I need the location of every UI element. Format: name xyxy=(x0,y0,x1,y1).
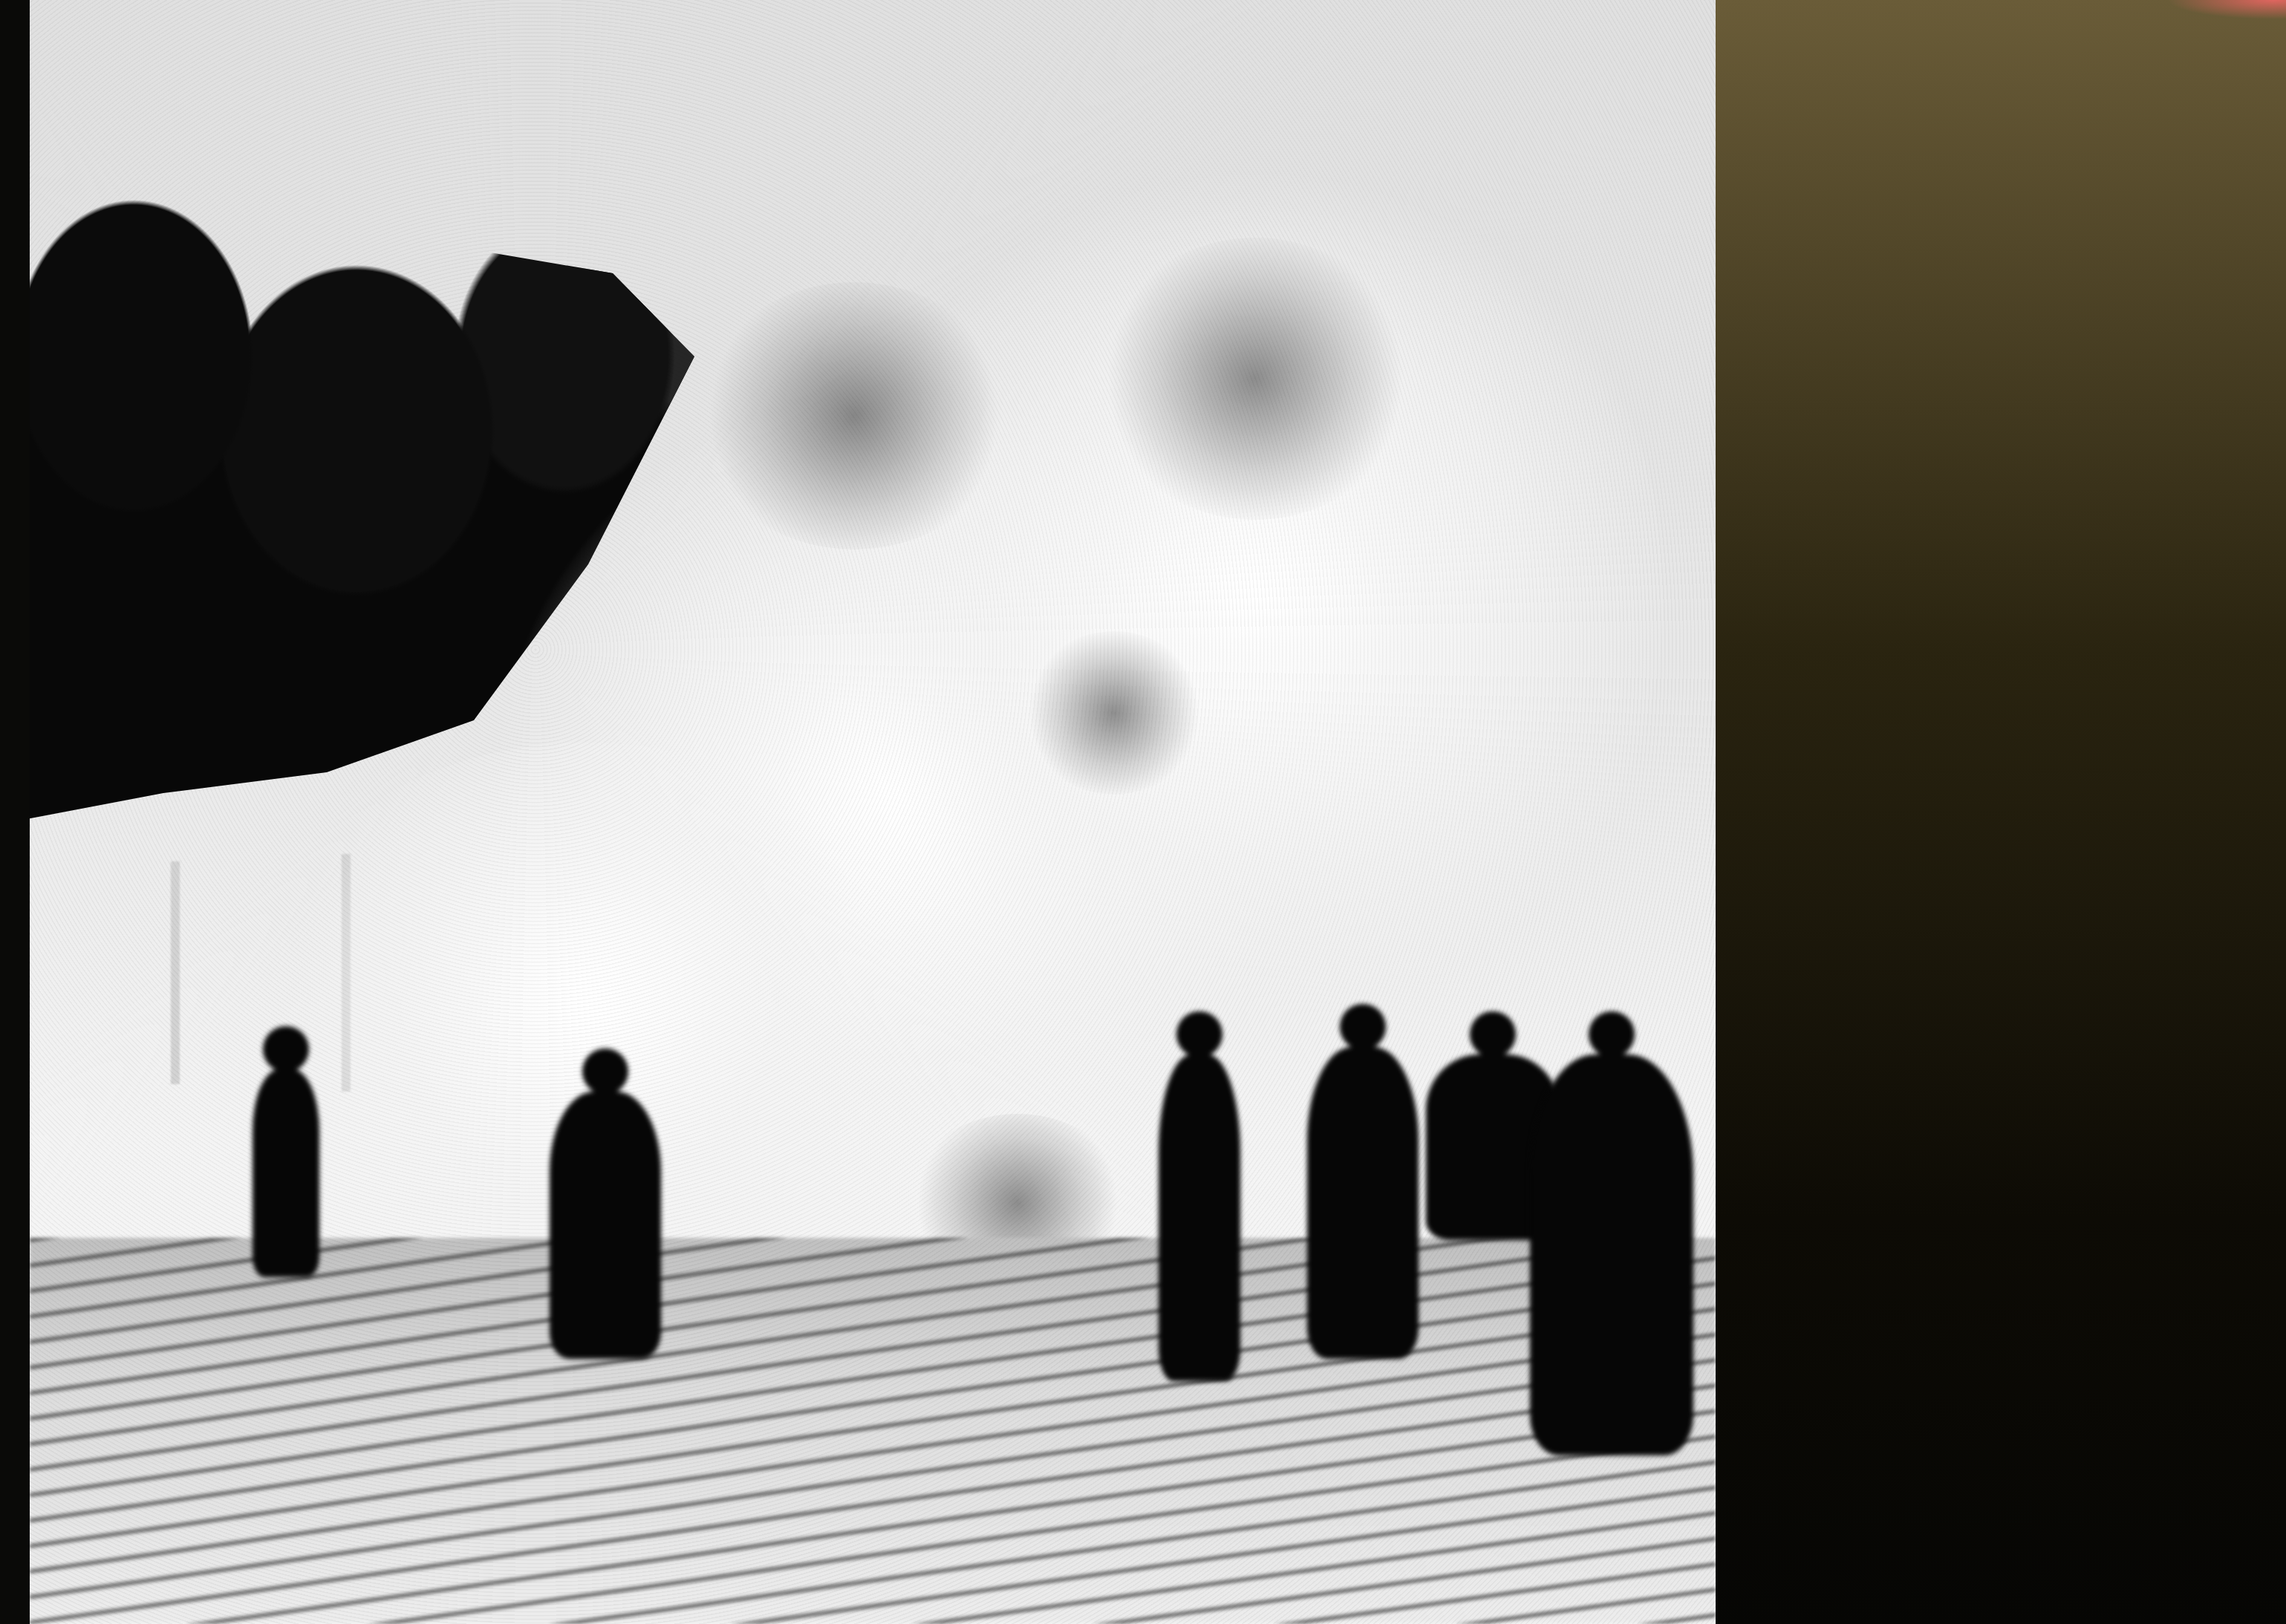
post xyxy=(171,861,180,1084)
figure xyxy=(1530,1054,1693,1455)
figure xyxy=(1159,1054,1240,1381)
smoke-shadow xyxy=(1025,631,1203,795)
screen-margin xyxy=(1708,0,2286,1624)
figure xyxy=(1307,1047,1419,1359)
screen-glare xyxy=(2167,0,2286,19)
figure xyxy=(253,1069,319,1277)
ground xyxy=(30,1238,1716,1624)
scene: Historic black-and-white archival photog… xyxy=(0,0,2286,1624)
smoke-shadow xyxy=(698,282,1010,550)
figure xyxy=(550,1092,661,1359)
smoke-shadow xyxy=(1099,238,1411,520)
archival-photo xyxy=(30,0,1716,1624)
